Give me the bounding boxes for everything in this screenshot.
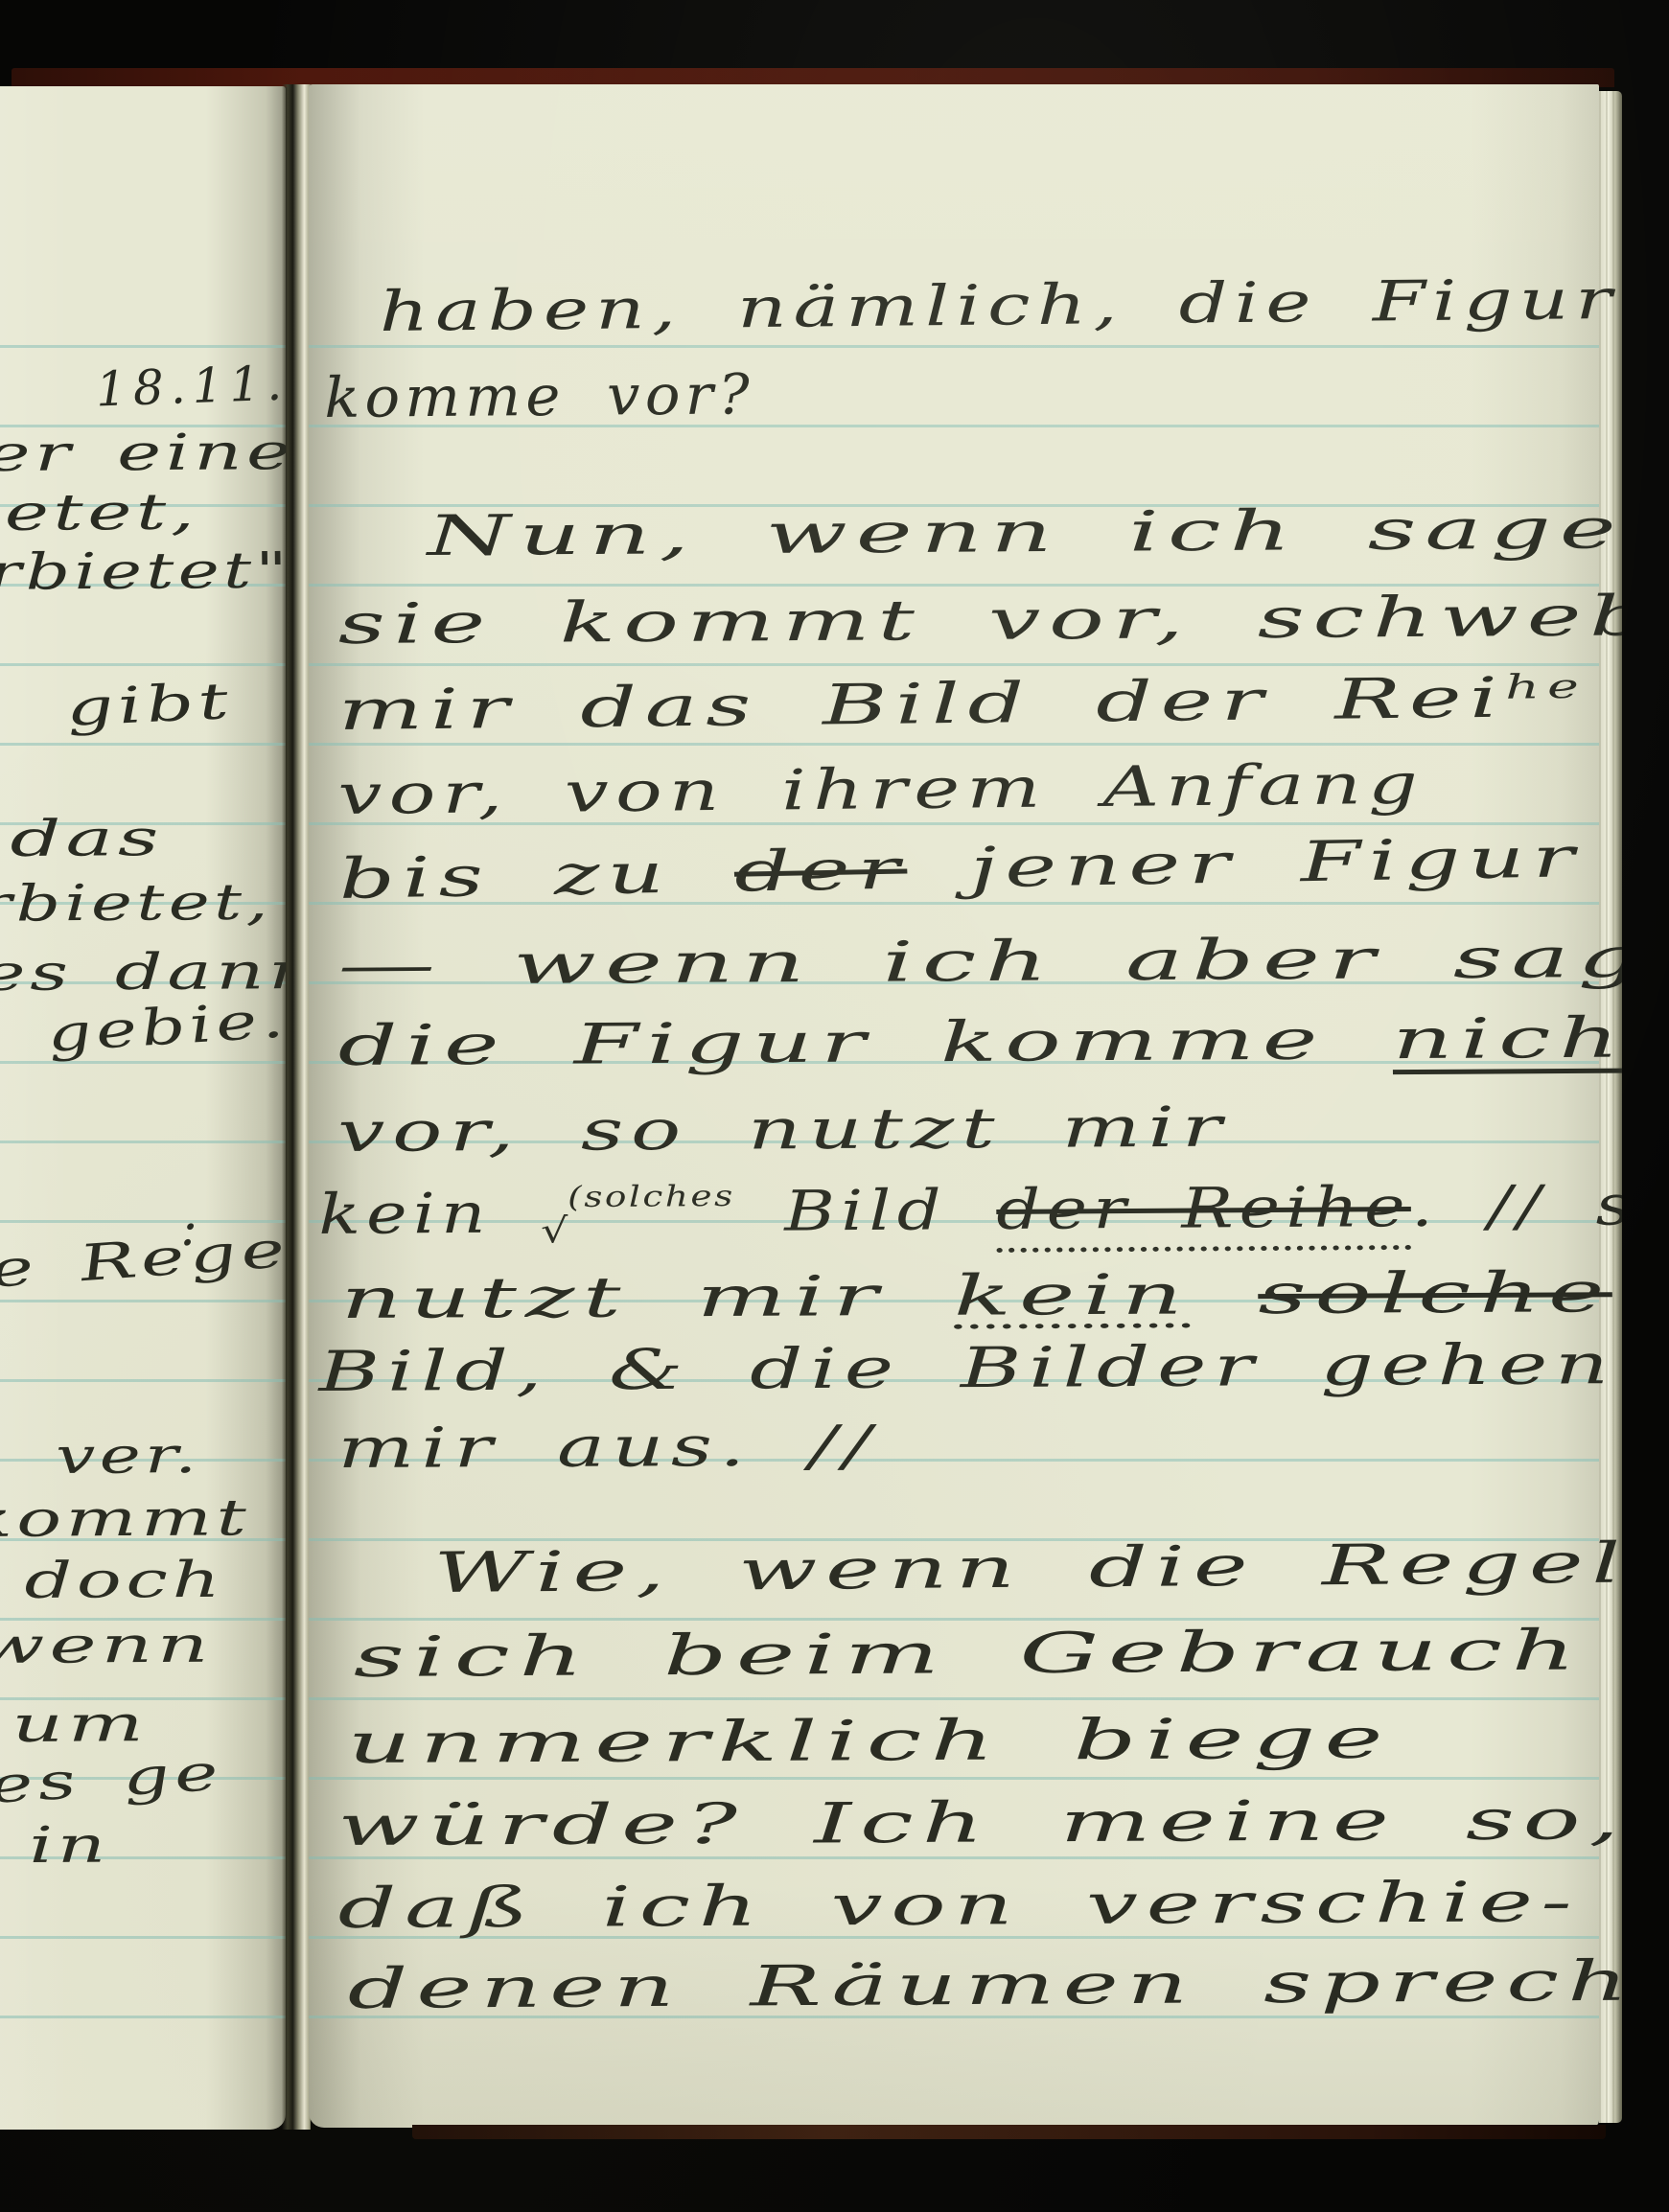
manuscript-line: bis zu der jener Figur [337, 829, 1583, 907]
text-segment: bis zu [337, 840, 736, 911]
manuscript-line: mir das Bild der Reihe [337, 669, 1588, 738]
text-segment-underline: nicht [1392, 1004, 1622, 1071]
text-segment-strike: der [732, 837, 908, 905]
manuscript-line: Wie, wenn die Regel [433, 1535, 1622, 1601]
text-segment: haben, nämlich, die Figur [379, 266, 1619, 344]
manuscript-line: würde? Ich meine so, [337, 1791, 1622, 1854]
text-segment: Nun, wenn ich sage, [427, 495, 1622, 568]
text-segment [1190, 1261, 1258, 1326]
manuscript-line: die Figur komme nicht [337, 1009, 1622, 1073]
text-segment-caret: √ [541, 1211, 568, 1251]
manuscript-line: daß ich von verschie- [337, 1874, 1580, 1936]
manuscript-line: komme vor? [324, 366, 754, 426]
manuscript-line: haben, nämlich, die Figur [379, 271, 1619, 339]
manuscript-line: sich beim Gebrauch [353, 1623, 1585, 1685]
text-segment: daß ich von verschie- [337, 1869, 1580, 1941]
manuscript-line: Bild, & die Bilder gehen [318, 1336, 1616, 1399]
manuscript-line: denen Räumen spreche. [347, 1952, 1622, 2016]
manuscript-line: Nun, wenn ich sage, [427, 500, 1622, 564]
text-segment-dotted-under: kein [953, 1261, 1191, 1327]
text-segment: komme vor? [324, 361, 754, 430]
text-segment: vor, von ihrem Anfang [337, 751, 1426, 827]
manuscript-line: sie kommt vor, schwebt [337, 588, 1622, 652]
text-segment-ins: (solches [568, 1180, 735, 1214]
manuscript-line: nutzt mir kein solche [340, 1264, 1612, 1326]
text-segment: nutzt mir [340, 1263, 954, 1331]
text-segment: Bild [734, 1177, 996, 1244]
text-segment: Wie, wenn die Regel [433, 1531, 1622, 1605]
manuscript-line: vor, von ihrem Anfang [337, 756, 1425, 822]
text-segment-sup: he [1504, 668, 1587, 707]
manuscript-line: vor, so nutzt mir [337, 1099, 1229, 1160]
right-page-text: haben, nämlich, die Figurkomme vor?Nun, … [0, 0, 1622, 2128]
text-segment: Bild, & die Bilder gehen [318, 1331, 1616, 1404]
manuscript-line: mir aus. // [337, 1417, 878, 1476]
text-segment: . // so [1410, 1172, 1622, 1239]
text-segment: mir das Bild der Rei [337, 665, 1506, 743]
text-segment: würde? Ich meine so, [337, 1786, 1622, 1858]
manuscript-line: unmerklich biege [347, 1711, 1392, 1771]
text-segment: die Figur komme [337, 1006, 1393, 1078]
text-segment: denen Räumen spreche. [347, 1947, 1622, 2021]
text-segment: mir aus. // [337, 1413, 878, 1481]
notebook-photo: 18.11. er eineietet,erbietet"gibtdaserbi… [0, 0, 1669, 2212]
text-segment-dotted-strike: der Reihe [996, 1174, 1411, 1253]
manuscript-line: kein √(solches Bild der Reihe. // so [318, 1177, 1622, 1242]
text-segment: — wenn ich aber sage [337, 924, 1622, 998]
text-segment: sich beim Gebrauch [353, 1618, 1585, 1690]
text-segment: sie kommt vor, schwebt [337, 583, 1622, 657]
text-segment-strike: solche [1258, 1259, 1613, 1326]
text-segment: jener Figur [906, 824, 1584, 901]
manuscript-line: — wenn ich aber sage [337, 929, 1622, 993]
text-segment: unmerklich biege [347, 1706, 1392, 1776]
text-segment: vor, so nutzt mir [337, 1094, 1229, 1164]
text-segment: kein [318, 1180, 541, 1247]
